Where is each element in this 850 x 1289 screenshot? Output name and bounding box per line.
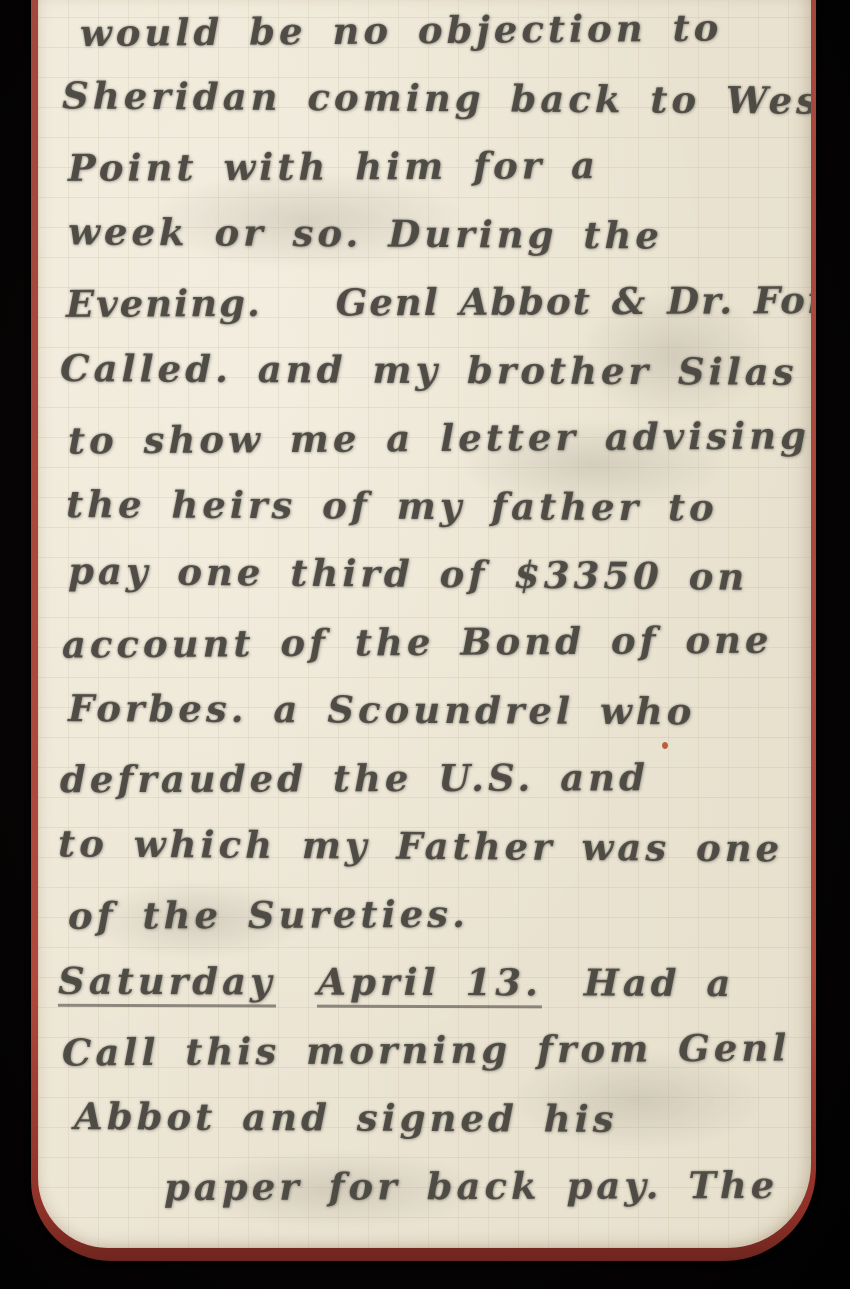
handwriting-line-11: Forbes. a Scoundrel who	[68, 686, 803, 758]
handwriting-text: Sheridan coming back to West	[62, 73, 811, 122]
handwriting-line-17: Abbot and signed his	[74, 1094, 803, 1166]
handwriting-text: week or so. During the	[68, 209, 663, 257]
handwriting-line-1: would be no objection to	[80, 5, 804, 79]
handwriting-text: defrauded the U.S. and	[60, 755, 649, 801]
handwriting-text: Forbes. a Scoundrel who	[68, 686, 696, 733]
handwriting-line-2: Sheridan coming back to West	[62, 73, 803, 146]
handwriting-line-5: Evening. Genl Abbot & Dr. Forwood	[66, 278, 803, 350]
handwriting-text: paper for back pay. The	[164, 1163, 778, 1209]
handwriting-line-13: to which my Father was one	[58, 821, 803, 894]
photo-backdrop: would be no objection to Sheridan coming…	[0, 0, 850, 1289]
handwriting-text: Abbot and signed his	[74, 1094, 618, 1141]
handwriting-line-16: Call this morning from Genl	[62, 1025, 803, 1098]
handwriting-text: Evening.	[66, 281, 262, 326]
handwriting-line-10: account of the Bond of one	[62, 617, 803, 690]
handwriting-line-8: the heirs of my father to	[66, 482, 803, 554]
handwriting-text-underlined-date: April 13.	[317, 960, 542, 1009]
handwriting-text: account of the Bond of one	[62, 618, 773, 667]
handwriting-line-4: week or so. During the	[68, 209, 803, 282]
handwriting-line-18: paper for back pay. The	[164, 1163, 803, 1233]
handwriting-text: Point with him for a	[68, 143, 599, 190]
handwriting-line-7: to show me a letter advising	[68, 413, 803, 486]
handwriting-line-3: Point with him for a	[68, 142, 803, 214]
handwriting-line-9: pay one third of $3350 on	[68, 549, 804, 623]
notebook-page: would be no objection to Sheridan coming…	[38, 0, 811, 1248]
handwriting-text: Genl Abbot & Dr. Forwood	[336, 277, 811, 324]
handwriting-line-14: of the Sureties.	[68, 890, 803, 962]
handwriting-text: Had a	[584, 961, 735, 1006]
handwriting-block: would be no objection to Sheridan coming…	[52, 8, 803, 1232]
handwriting-text: Called. and my brother Silas	[60, 346, 798, 394]
handwriting-text: to which my Father was one	[58, 821, 783, 870]
handwriting-text: to show me a letter advising	[68, 413, 810, 462]
handwriting-line-6: Called. and my brother Silas	[60, 346, 803, 418]
handwriting-text-underlined-day: Saturday	[58, 959, 276, 1008]
handwriting-text: pay one third of $3350 on	[68, 549, 749, 599]
handwriting-line-12: defrauded the U.S. and	[60, 755, 803, 826]
handwriting-text: the heirs of my father to	[66, 482, 718, 529]
handwriting-text: of the Sureties.	[68, 892, 469, 938]
handwriting-text: Call this morning from Genl	[62, 1026, 791, 1075]
handwriting-line-15-date-heading: Saturday April 13. Had a	[58, 959, 803, 1030]
handwriting-text: would be no objection to	[80, 6, 723, 56]
